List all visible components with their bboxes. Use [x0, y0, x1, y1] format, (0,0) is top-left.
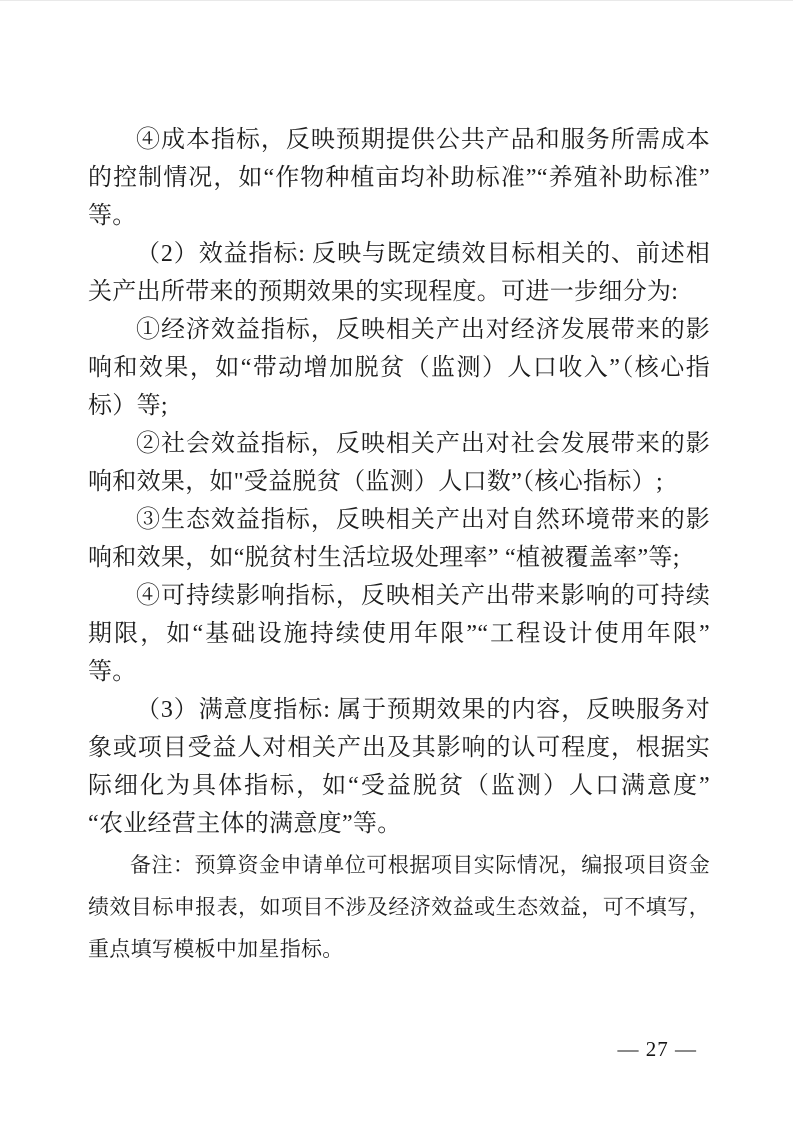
- paragraph-satisfaction-indicator: （3）满意度指标: 属于预期效果的内容，反映服务对象或项目受益人对相关产出及其影…: [88, 691, 710, 843]
- paragraph-economic-benefit: ①经济效益指标，反映相关产出对经济发展带来的影响和效果，如“带动增加脱贫（监测）…: [88, 311, 710, 425]
- paragraph-cost-indicator: ④成本指标，反映预期提供公共产品和服务所需成本的控制情况，如“作物种植亩均补助标…: [88, 121, 710, 235]
- paragraph-sustainable-impact: ④可持续影响指标，反映相关产出带来影响的可持续期限，如“基础设施持续使用年限”“…: [88, 577, 710, 691]
- paragraph-social-benefit: ②社会效益指标，反映相关产出对社会发展带来的影响和效果，如"受益脱贫（监测）人口…: [88, 425, 710, 501]
- document-page: ④成本指标，反映预期提供公共产品和服务所需成本的控制情况，如“作物种植亩均补助标…: [0, 0, 793, 1122]
- paragraph-benefit-indicator-heading: （2）效益指标: 反映与既定绩效目标相关的、前述相关产出所带来的预期效果的实现程…: [88, 235, 710, 311]
- note-paragraph: 备注：预算资金申请单位可根据项目实际情况，编报项目资金绩效目标申报表，如项目不涉…: [88, 844, 710, 970]
- page-number: — 27 —: [618, 1037, 698, 1061]
- document-body: ④成本指标，反映预期提供公共产品和服务所需成本的控制情况，如“作物种植亩均补助标…: [88, 121, 710, 970]
- paragraph-ecological-benefit: ③生态效益指标，反映相关产出对自然环境带来的影响和效果，如“脱贫村生活垃圾处理率…: [88, 501, 710, 577]
